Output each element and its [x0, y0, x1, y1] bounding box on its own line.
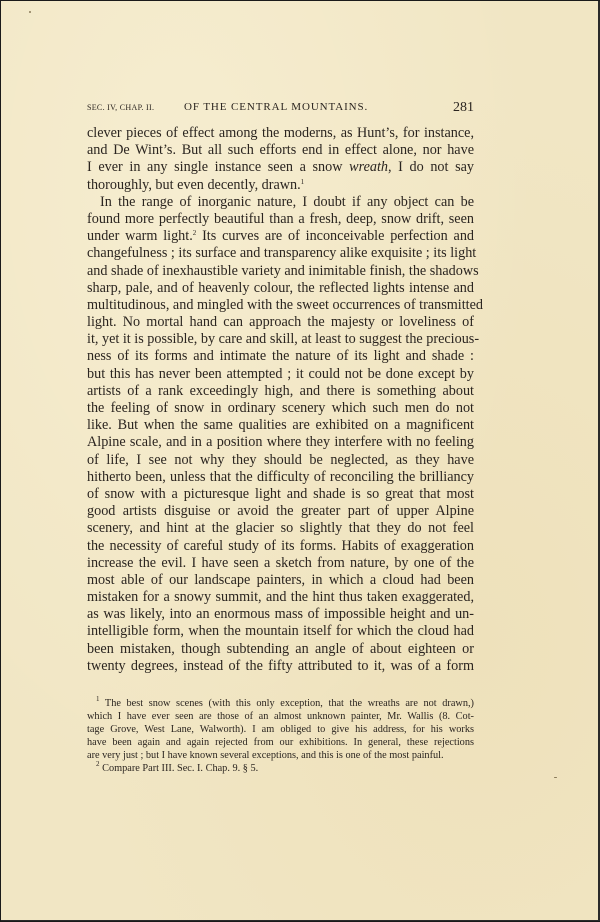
footnote-text: which I have ever seen are those of an a…: [87, 711, 474, 722]
body-text: clever pieces of effect among the modern…: [87, 125, 474, 675]
line-text: , I do not say: [388, 159, 474, 175]
line-text: twenty degrees, instead of the fifty att…: [87, 658, 474, 674]
footnote-line: 2 Compare Part III. Sec. I. Chap. 9. § 5…: [87, 762, 474, 775]
line-text: multitudinous, and mingled with the swee…: [87, 297, 483, 313]
text-line: the feeling of snow in ordinary scenery …: [87, 400, 474, 417]
footnote-line: have been again and again rejected from …: [87, 736, 474, 749]
line-text: changefulness ; its surface and transpar…: [87, 245, 476, 261]
line-text: scenery, and hint at the glacier so slig…: [87, 520, 474, 536]
line-text: increase the evil. I have seen a sketch …: [87, 555, 474, 571]
footnote-text: have been again and again rejected from …: [87, 737, 474, 748]
line-text: hitherto been, unless that the difficult…: [87, 469, 474, 485]
line-text: clever pieces of effect among the modern…: [87, 125, 474, 141]
text-line: most able of our landscape painters, in …: [87, 572, 474, 589]
text-line: the necessity of careful study of its fo…: [87, 538, 474, 555]
footnote-text: tage Grove, West Lane, Walworth). I am o…: [87, 724, 474, 735]
text-line: found more perfectly beautiful than a fr…: [87, 211, 474, 228]
text-line: of snow with a picturesque light and sha…: [87, 486, 474, 503]
section-label: Sec. IV, Chap. II.: [87, 103, 154, 112]
line-text: the necessity of careful study of its fo…: [87, 538, 474, 554]
text-line: Alpine scale, and in a position where th…: [87, 434, 474, 451]
line-text: mistaken for a snowy summit, and the hin…: [87, 589, 474, 605]
line-text: and shade of inexhaustible variety and i…: [87, 263, 479, 279]
footnotes: 1 The best snow scenes (with this only e…: [87, 697, 474, 775]
text-line: sharp, pale, and of heavenly colour, the…: [87, 280, 474, 297]
line-text: of life, I see not why they should be ne…: [87, 452, 474, 468]
line-text: ness of its forms and intimate the natur…: [87, 348, 474, 364]
text-line: and shade of inexhaustible variety and i…: [87, 263, 474, 280]
line-text: light. No mortal hand can approach the m…: [87, 314, 474, 330]
page-number: 281: [453, 100, 474, 116]
line-text: and De Wint’s. But all such efforts end …: [87, 142, 474, 158]
text-line: scenery, and hint at the glacier so slig…: [87, 520, 474, 537]
text-line: under warm light.2 Its curves are of inc…: [87, 228, 474, 245]
footnote-text: are very just ; but I have known several…: [87, 750, 444, 761]
footnote-ref: 1: [301, 178, 305, 186]
text-line: and De Wint’s. But all such efforts end …: [87, 142, 474, 159]
text-line: clever pieces of effect among the modern…: [87, 125, 474, 142]
text-line: of life, I see not why they should be ne…: [87, 452, 474, 469]
text-line: twenty degrees, instead of the fifty att…: [87, 658, 474, 675]
text-line: changefulness ; its surface and transpar…: [87, 245, 474, 262]
line-text: but this has never been attempted ; it c…: [87, 366, 474, 382]
line-text: artists of a rank exceedingly high, and …: [87, 383, 474, 399]
text-line: like. But when the same qualities are ex…: [87, 417, 474, 434]
text-line: as was likely, into an enormous mass of …: [87, 606, 474, 623]
footnote-line: tage Grove, West Lane, Walworth). I am o…: [87, 723, 474, 736]
text-line: it, yet it is possible, by care and skil…: [87, 331, 474, 348]
footnote-text: The best snow scenes (with this only exc…: [100, 698, 475, 709]
text-line: I ever in any single instance seen a sno…: [87, 159, 474, 176]
text-line: multitudinous, and mingled with the swee…: [87, 297, 474, 314]
footnote-text: Compare Part III. Sec. I. Chap. 9. § 5.: [100, 763, 259, 774]
line-text: sharp, pale, and of heavenly colour, the…: [87, 280, 474, 296]
line-text: the feeling of snow in ordinary scenery …: [87, 400, 474, 416]
text-line: mistaken for a snowy summit, and the hin…: [87, 589, 474, 606]
footnote-line: which I have ever seen are those of an a…: [87, 710, 474, 723]
line-text: good artists disguise or avoid the great…: [87, 503, 474, 519]
line-text: like. But when the same qualities are ex…: [87, 417, 474, 433]
text-line: been mistaken, though subtending an angl…: [87, 641, 474, 658]
running-head: Sec. IV, Chap. II. Of the Central Mounta…: [87, 100, 474, 116]
text-line: artists of a rank exceedingly high, and …: [87, 383, 474, 400]
line-text: of snow with a picturesque light and sha…: [87, 486, 474, 502]
line-text: it, yet it is possible, by care and skil…: [87, 331, 479, 347]
line-text: I ever in any single instance seen a sno…: [87, 159, 349, 175]
text-line: ness of its forms and intimate the natur…: [87, 348, 474, 365]
text-line: but this has never been attempted ; it c…: [87, 366, 474, 383]
text-line: intelligible form, when the mountain its…: [87, 623, 474, 640]
line-text: Its curves are of inconceivable perfecti…: [196, 228, 474, 244]
footnote-line: 1 The best snow scenes (with this only e…: [87, 697, 474, 710]
text-line: In the range of inorganic nature, I doub…: [87, 194, 474, 211]
text-line: increase the evil. I have seen a sketch …: [87, 555, 474, 572]
line-text: Alpine scale, and in a position where th…: [87, 434, 474, 450]
text-line: light. No mortal hand can approach the m…: [87, 314, 474, 331]
line-text: under warm light.: [87, 228, 193, 244]
text-line: good artists disguise or avoid the great…: [87, 503, 474, 520]
line-text: been mistaken, though subtending an angl…: [87, 641, 474, 657]
emphasis: wreath: [349, 159, 388, 175]
line-text: In the range of inorganic nature, I doub…: [100, 194, 474, 210]
line-text: as was likely, into an enormous mass of …: [87, 606, 474, 622]
line-text: most able of our landscape painters, in …: [87, 572, 474, 588]
paper-speck: [29, 11, 31, 13]
chapter-title: Of the Central Mountains.: [184, 101, 368, 113]
line-text: intelligible form, when the mountain its…: [87, 623, 474, 639]
paper-speck: [554, 777, 557, 778]
line-text: found more perfectly beautiful than a fr…: [87, 211, 474, 227]
footnote-line: are very just ; but I have known several…: [87, 749, 474, 762]
book-page: Sec. IV, Chap. II. Of the Central Mounta…: [1, 1, 600, 921]
text-line: thoroughly, but even decently, drawn.1: [87, 177, 474, 194]
line-text: thoroughly, but even decently, drawn.: [87, 177, 301, 193]
text-line: hitherto been, unless that the difficult…: [87, 469, 474, 486]
